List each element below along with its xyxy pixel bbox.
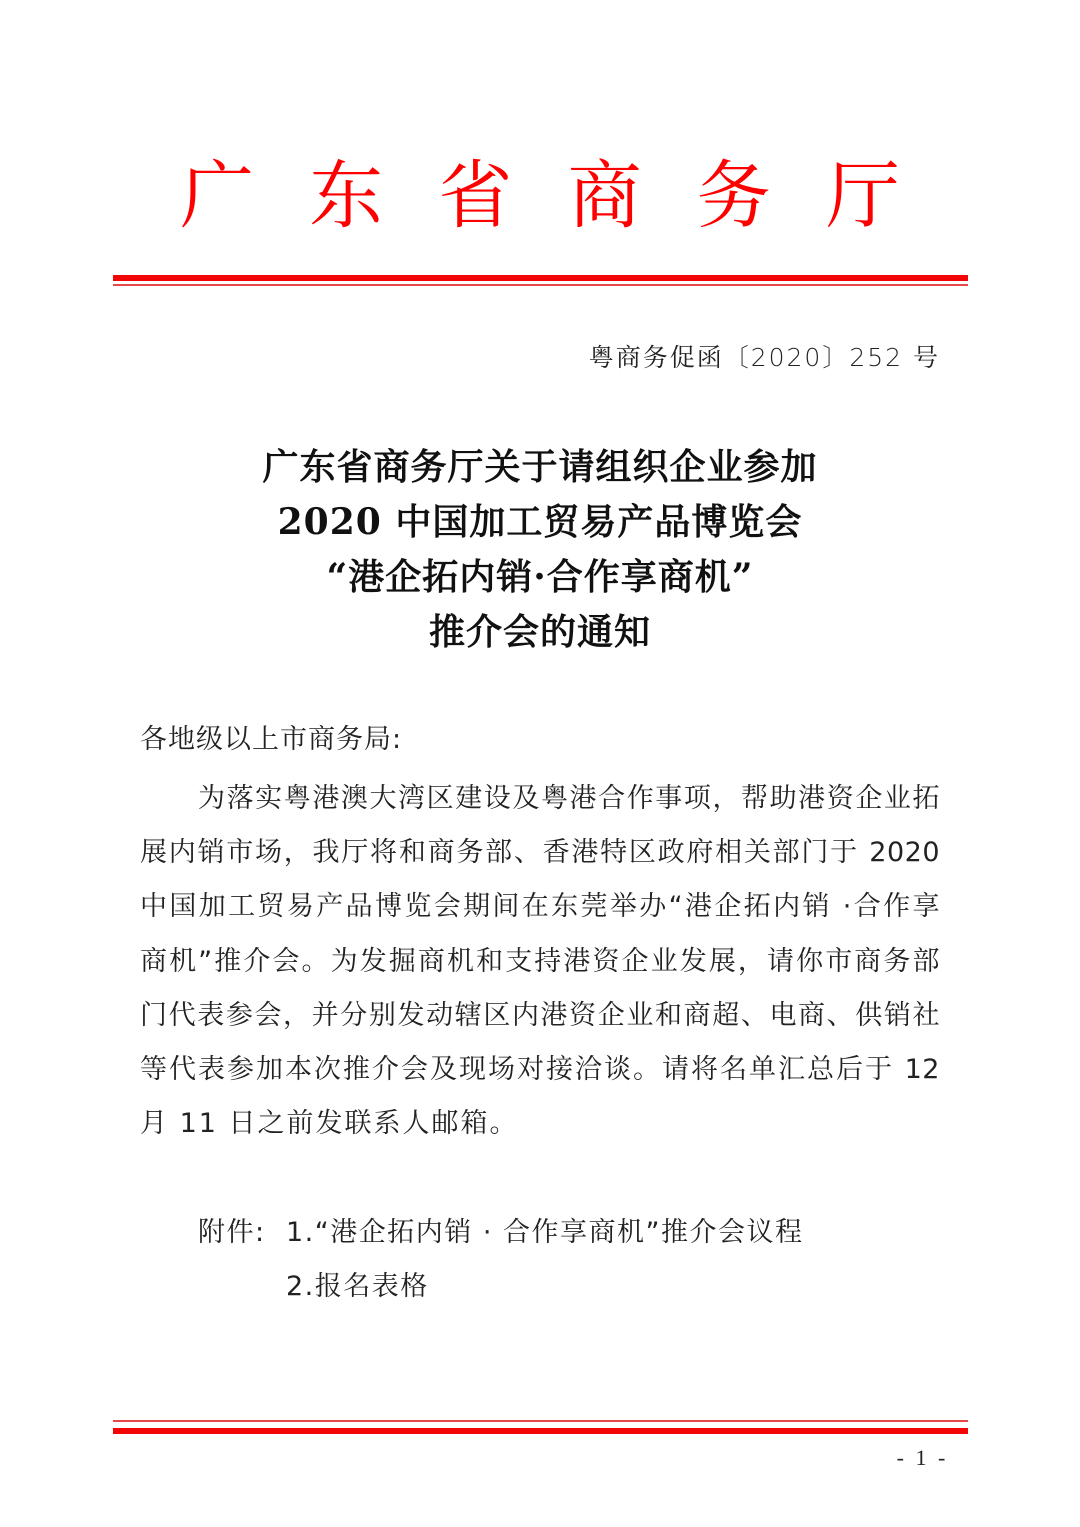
footer-rule-thick — [113, 1428, 968, 1434]
header-rule-thick — [113, 275, 968, 281]
body-line: 门代表参会，并分别发动辖区内港资企业和商超、电商、供销社 — [140, 989, 940, 1043]
masthead-char: 厅 — [826, 159, 900, 233]
body-line: 商机”推介会。为发掘商机和支持港资企业发展，请你市商务部 — [140, 935, 940, 989]
masthead-char: 商 — [568, 159, 642, 233]
title-line: “港企拓内销·合作享商机” — [140, 550, 940, 605]
document-number: 粤商务促函〔2020〕252 号 — [589, 338, 940, 374]
masthead-title: 广 东 省 商 务 厅 — [110, 148, 970, 243]
title-line: 广东省商务厅关于请组织企业参加 — [140, 440, 940, 495]
masthead-char: 务 — [697, 159, 771, 233]
masthead-char: 省 — [438, 159, 512, 233]
attachment-item: 附件:1.“港企拓内销 · 合作享商机”推介会议程 — [198, 1206, 803, 1260]
body-paragraph: 为落实粤港澳大湾区建设及粤港合作事项，帮助港资企业拓 展内销市场，我厅将和商务部… — [140, 772, 940, 1151]
title-line: 2020 中国加工贸易产品博览会 — [140, 495, 940, 550]
attachment-item-text: 2.报名表格 — [286, 1271, 429, 1302]
attachment-item-text: 1.“港企拓内销 · 合作享商机”推介会议程 — [286, 1217, 803, 1248]
footer-rule-thin — [113, 1420, 968, 1422]
body-line: 月 11 日之前发联系人邮箱。 — [140, 1097, 940, 1151]
body-line: 为落实粤港澳大湾区建设及粤港合作事项，帮助港资企业拓 — [140, 772, 940, 826]
salutation: 各地级以上市商务局: — [140, 720, 402, 760]
attachment-item: 2.报名表格 — [198, 1260, 803, 1314]
title-line: 推介会的通知 — [140, 605, 940, 660]
masthead-char: 广 — [180, 159, 254, 233]
masthead-char: 东 — [309, 159, 383, 233]
page-number: - 1 - — [880, 1445, 965, 1471]
document-title: 广东省商务厅关于请组织企业参加 2020 中国加工贸易产品博览会 “港企拓内销·… — [140, 440, 940, 660]
body-line: 展内销市场，我厅将和商务部、香港特区政府相关部门于 2020 — [140, 826, 940, 880]
attachments-list: 附件:1.“港企拓内销 · 合作享商机”推介会议程 2.报名表格 — [198, 1206, 803, 1314]
attachments-label: 附件: — [198, 1206, 286, 1260]
body-line: 等代表参加本次推介会及现场对接洽谈。请将名单汇总后于 12 — [140, 1043, 940, 1097]
body-line: 中国加工贸易产品博览会期间在东莞举办“港企拓内销 ·合作享 — [140, 880, 940, 934]
header-rule-thin — [113, 284, 968, 286]
